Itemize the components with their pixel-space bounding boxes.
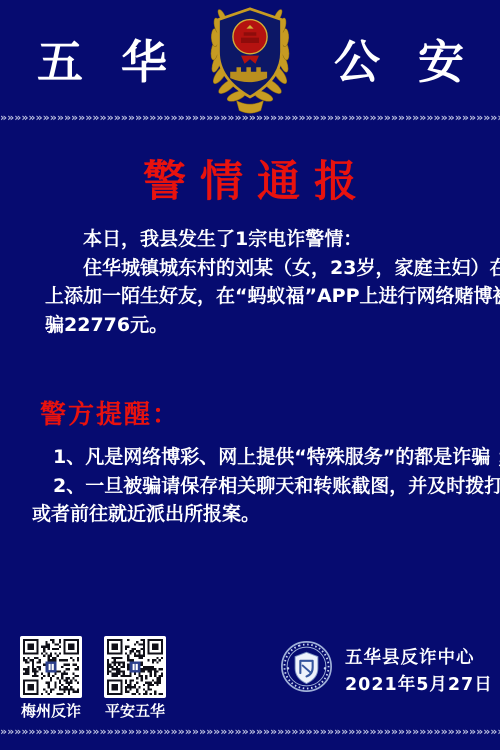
qr-label-meizhou: 梅州反诈 xyxy=(20,700,82,721)
chevron-divider-bottom: »»»»»»»»»»»»»»»»»»»»»»»»»»»»»»»»»»»»»»»»… xyxy=(0,726,500,738)
reminder-item: 2、一旦被骗请保存相关聊天和转账截图，并及时拨打110 xyxy=(32,472,480,501)
anti-fraud-center-logo-icon xyxy=(280,640,333,693)
org-name: 五华县反诈中心 xyxy=(345,644,475,669)
notice-title: 警情通报 xyxy=(0,148,500,209)
police-badge-icon xyxy=(205,7,295,115)
incident-line: 住华城镇城东村的刘某（女，23岁，家庭主妇）在网 xyxy=(45,254,465,283)
qr-code-image xyxy=(107,639,163,695)
reminder-heading: 警方提醒： xyxy=(40,394,180,431)
notice-date: 2021年5月27日 xyxy=(345,671,493,696)
header-right-text: 公安 xyxy=(334,36,500,88)
qr-code-pingan-wuhua xyxy=(104,636,166,698)
incident-line: 骗22776元。 xyxy=(45,311,465,340)
incident-paragraph: 本日，我县发生了1宗电诈警情： 住华城镇城东村的刘某（女，23岁，家庭主妇）在网… xyxy=(45,225,465,339)
reminder-item: 或者前往就近派出所报案。 xyxy=(32,500,480,529)
incident-line: 上添加一陌生好友，在“蚂蚁福”APP上进行网络赌博被 xyxy=(45,282,465,311)
incident-line: 本日，我县发生了1宗电诈警情： xyxy=(45,225,465,254)
reminder-item: 1、凡是网络博彩、网上提供“特殊服务”的都是诈骗 ； xyxy=(32,443,480,472)
qr-label-pingan: 平安五华 xyxy=(104,700,166,721)
qr-code-image xyxy=(23,639,79,695)
chevron-divider-top: »»»»»»»»»»»»»»»»»»»»»»»»»»»»»»»»»»»»»»»»… xyxy=(0,112,500,124)
police-notice-poster: 五华 公安 »»»»»»»»»»»»»»»»»»»»»»»»»»»»»»»»»»… xyxy=(0,0,500,750)
qr-code-meizhou-fanzha xyxy=(20,636,82,698)
reminder-list: 1、凡是网络博彩、网上提供“特殊服务”的都是诈骗 ； 2、一旦被骗请保存相关聊天… xyxy=(32,443,480,529)
header-left-text: 五华 xyxy=(37,36,205,88)
